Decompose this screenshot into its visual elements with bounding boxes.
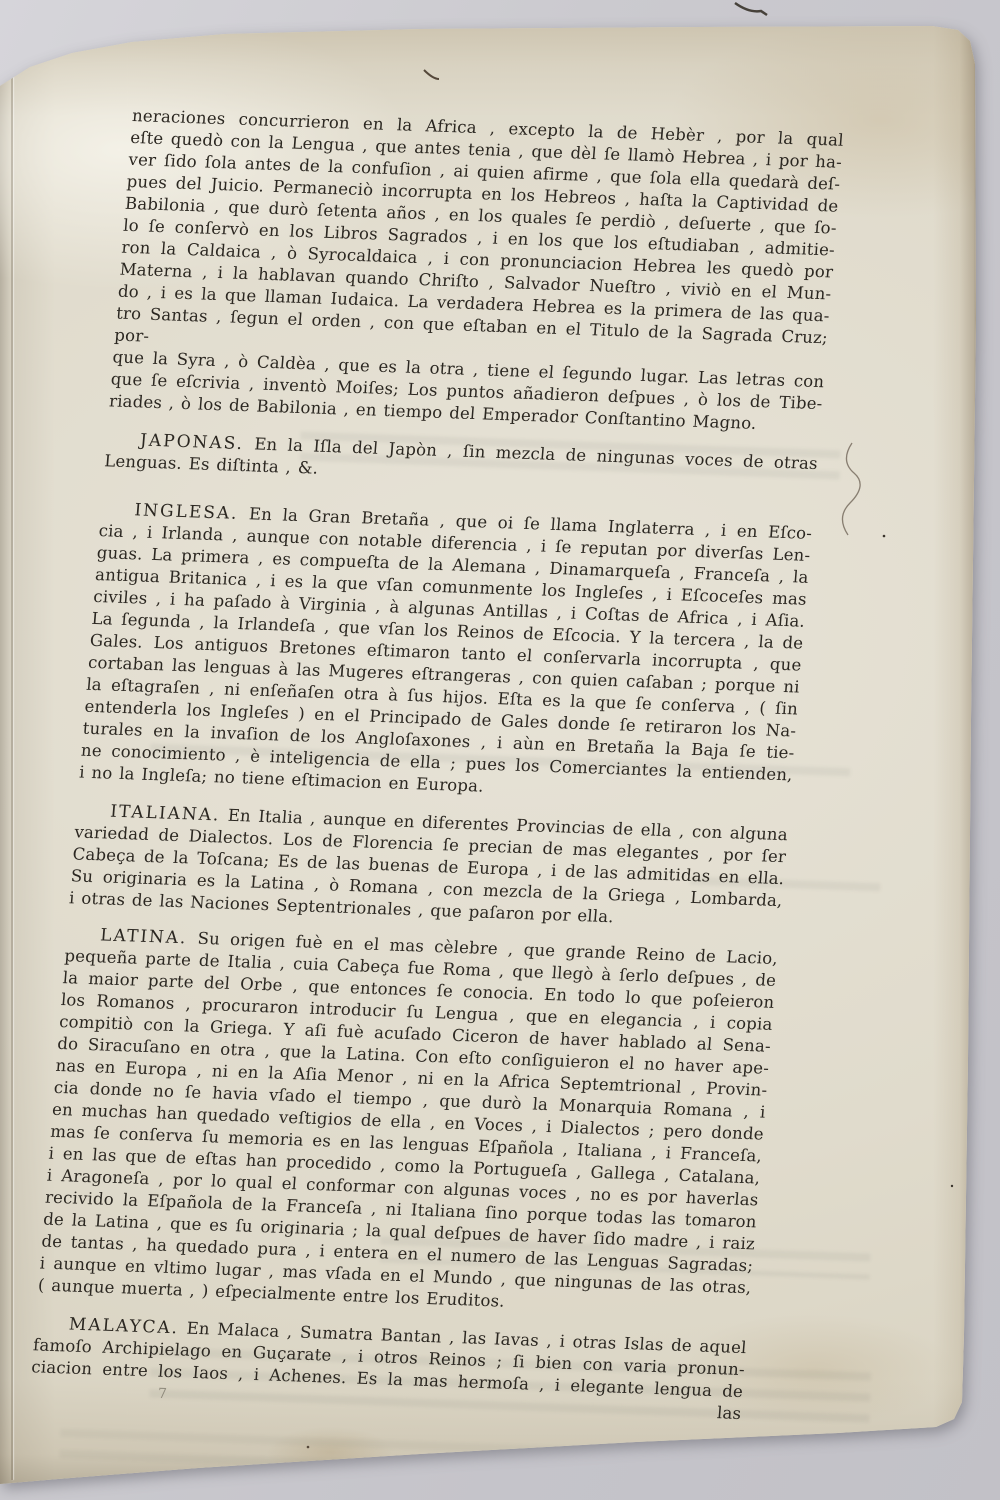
paragraph: JAPONAS. En la Iſla del Japòn , ſin mezc… <box>103 428 818 497</box>
paragraph: INGLESA. En la Gran Bretaña , que oi ſe … <box>78 498 813 808</box>
paragraph: ITALIANA. En Italia , aunque en diferent… <box>68 799 788 934</box>
signature-mark: 7 <box>158 1386 167 1402</box>
gutter-crease <box>11 62 13 1480</box>
photo-background: neraciones concurrieron en la Africa , e… <box>0 0 1000 1500</box>
paragraph: neraciones concurrieron en la Africa , e… <box>108 105 844 437</box>
paragraph: LATINA. Su origen fuè en el mas cèlebre … <box>37 923 779 1321</box>
right-edge-shading <box>933 24 979 1432</box>
page-shadow: neraciones concurrieron en la Africa , e… <box>0 0 1000 1500</box>
paragraph-heading: INGLESA. <box>134 500 240 524</box>
paragraph-heading: ITALIANA. <box>109 802 221 826</box>
catchword: las <box>716 1403 742 1423</box>
paragraph-heading: MALAYCA. <box>68 1315 180 1339</box>
paragraph-heading: JAPONAS. <box>139 430 245 454</box>
top-edge-stain <box>0 24 1000 116</box>
text-block: neraciones concurrieron en la Africa , e… <box>29 105 845 1425</box>
book-page: neraciones concurrieron en la Africa , e… <box>0 0 1000 1500</box>
paragraph-heading: LATINA. <box>99 925 188 948</box>
